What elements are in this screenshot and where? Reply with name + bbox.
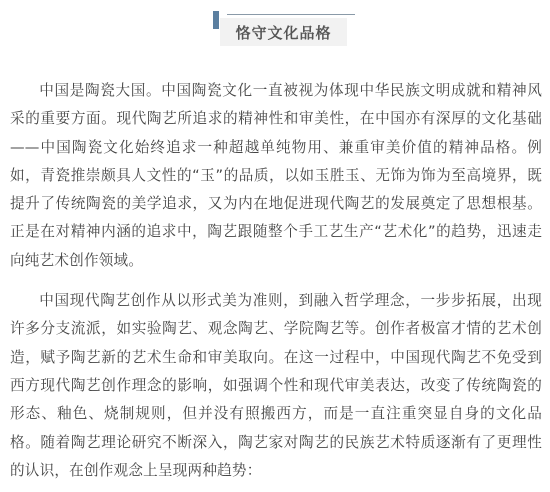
heading-divider-line — [227, 14, 355, 15]
article-body: 中国是陶瓷大国。中国陶瓷文化一直被视为体现中华民族文明成就和精神风采的重要方面。… — [10, 77, 542, 492]
heading-accent-bar — [213, 11, 219, 29]
paragraph-2: 中国现代陶艺创作从以形式美为准则，到融入哲学理念，一步步拓展，出现许多分支流派，… — [10, 287, 542, 485]
paragraph-1: 中国是陶瓷大国。中国陶瓷文化一直被视为体现中华民族文明成就和精神风采的重要方面。… — [10, 77, 542, 275]
heading-title-box: 恪守文化品格 — [220, 18, 347, 46]
section-title: 恪守文化品格 — [235, 22, 331, 43]
section-heading: 恪守文化品格 — [212, 8, 358, 48]
